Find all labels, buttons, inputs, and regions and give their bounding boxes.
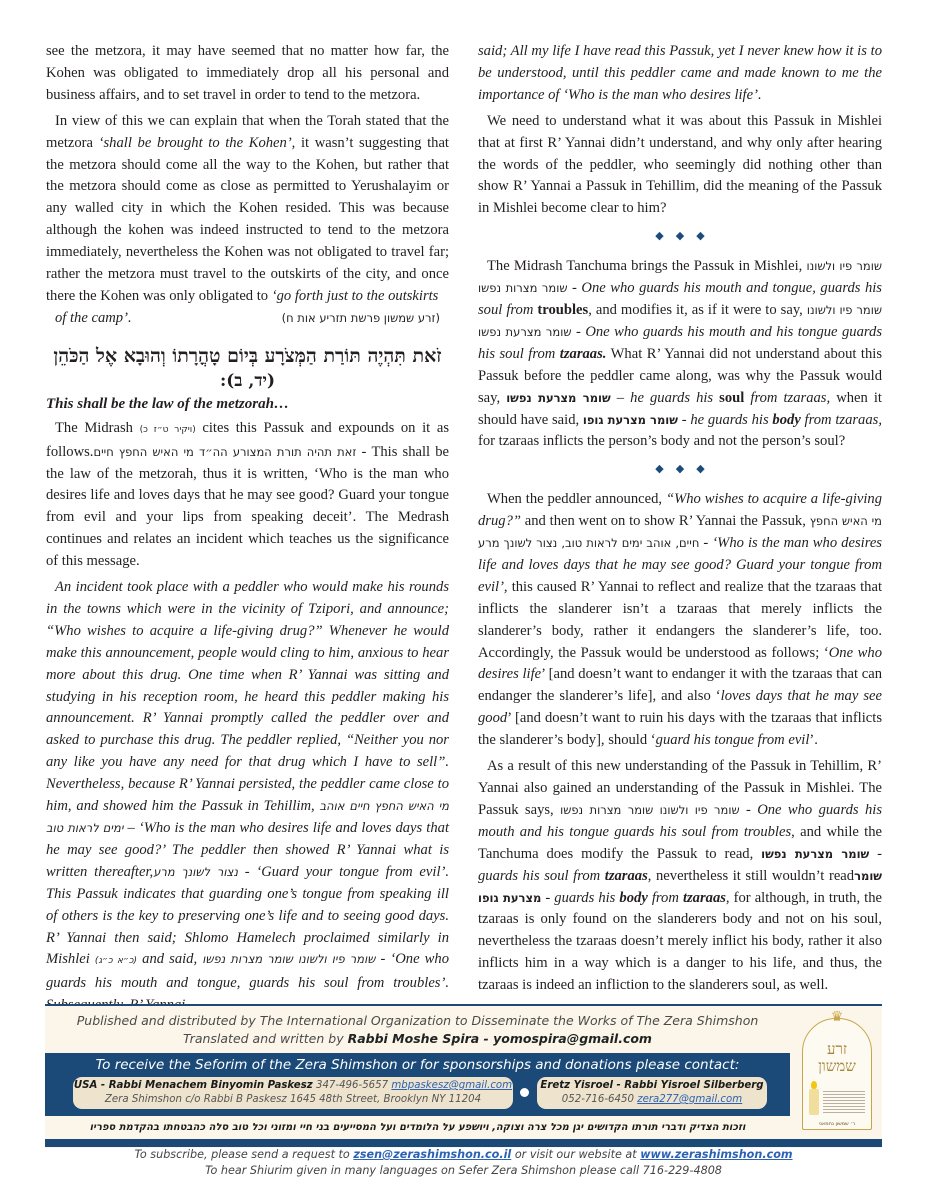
section-divider: ◆◆◆: [478, 459, 882, 481]
quote: ‘shall be brought to the Kohen’,: [99, 135, 296, 151]
paragraph: An incident took place with a peddler wh…: [46, 577, 449, 1017]
translator-line: Translated and written by Rabbi Moshe Sp…: [45, 1030, 790, 1048]
text: and then went on to show R’ Yannai the P…: [521, 513, 810, 529]
paragraph: We need to understand what it was about …: [478, 111, 882, 221]
israel-contact: Eretz Yisroel - Rabbi Yisroel Silberberg…: [537, 1077, 767, 1109]
paragraph: When the peddler announced, “Who wishes …: [478, 489, 882, 752]
quote: guards his: [554, 890, 619, 906]
text: ’.: [809, 732, 818, 748]
right-column: said; All my life I have read this Passu…: [478, 41, 882, 1029]
section-divider: ◆◆◆: [478, 226, 882, 248]
hebrew-quote: שומר פיו ולשונו שומר מצרות נפשו: [202, 952, 375, 966]
usa-contact: USA - Rabbi Menachem Binyomin Paskesz 34…: [73, 1077, 513, 1109]
citation-row: of the camp’. (זרע שמשון פרשת תזריע אות …: [46, 308, 449, 330]
text: -: [699, 535, 712, 551]
hebrew-quote: שומר מצרעת גופו: [583, 413, 678, 427]
crown-icon: ♛: [803, 1011, 871, 1025]
quote: – he guards his: [611, 390, 719, 406]
quote: - he guards his: [678, 412, 772, 428]
contact-address: Zera Shimshon c/o Rabbi B Paskesz 1645 4…: [73, 1093, 513, 1107]
emphasis: tzaraas: [683, 890, 726, 906]
publisher-info: Published and distributed by The Interna…: [45, 1012, 790, 1048]
emphasis: body: [772, 412, 800, 428]
hebrew-quote: נצור לשונך מרע: [153, 865, 238, 879]
contact-box: To receive the Seforim of the Zera Shims…: [45, 1053, 790, 1116]
usa-email-link[interactable]: mbpaskesz@gmail.com: [391, 1080, 512, 1091]
hebrew-quote: שומר מצרעת נפשו: [506, 391, 610, 405]
emphasis: tzaraas: [605, 868, 648, 884]
quote: guards his soul from: [478, 868, 605, 884]
translator-name: Rabbi Moshe Spira - yomospira@gmail.com: [348, 1031, 652, 1046]
text: The Midrash Tanchuma brings the Passuk i…: [487, 258, 806, 274]
contact-name: Eretz Yisroel - Rabbi Yisroel Silberberg: [537, 1079, 767, 1093]
source-citation: (כ״א כ״ג): [95, 956, 137, 966]
text: for tzaraas inflicts the person’s body a…: [478, 433, 845, 449]
quote: guard his tongue from evil: [656, 732, 810, 748]
text: Translated and written by: [183, 1031, 348, 1046]
hebrew-quote: שומר מצרעת נפשו: [761, 847, 869, 861]
contact-phone: 347-496-5657: [313, 1080, 392, 1091]
contact-phone: 052-716-6450: [562, 1094, 637, 1105]
pasuk-heading: זֹאת תִּהְיֶה תּוֹרַת הַמְּצֹרָע בְּיוֹם…: [46, 344, 449, 368]
text: When the peddler announced,: [487, 491, 666, 507]
text: and said,: [137, 951, 202, 967]
contact-name: USA - Rabbi Menachem Binyomin Paskesz: [74, 1080, 313, 1091]
text: it wasn’t suggesting that the metzora sh…: [46, 135, 449, 304]
hebrew-quote: זאת תהיה תורת המצורע הה״ד מי האיש החפץ ח…: [93, 445, 356, 459]
contact-heading: To receive the Seforim of the Zera Shims…: [45, 1055, 790, 1075]
paragraph: see the metzora, it may have seemed that…: [46, 41, 449, 107]
quote: from tzaraas,: [801, 412, 882, 428]
candle-icon: [809, 1089, 819, 1115]
paragraph: As a result of this new understanding of…: [478, 756, 882, 997]
website-link[interactable]: www.zerashimshon.com: [640, 1148, 792, 1161]
logo-title: זרע שמשון: [803, 1041, 871, 1075]
source-citation: (ויקיר ט״ז כ): [140, 425, 196, 435]
emphasis: tzaraas.: [560, 346, 607, 362]
subscribe-line: To subscribe, please send a request to z…: [0, 1147, 927, 1163]
pasuk-translation: This shall be the law of the metzorah…: [46, 394, 449, 416]
text: -: [869, 846, 882, 862]
hebrew-quote: שומר פיו ולשונו שומר מצרות נפשו: [560, 803, 740, 817]
text: An incident took place with a peddler wh…: [46, 579, 449, 814]
text-lines: [823, 1089, 865, 1113]
quote: of the camp’.: [46, 308, 132, 330]
paragraph: In view of this we can explain that when…: [46, 111, 449, 330]
quote: ‘go forth just to the outskirts: [272, 288, 439, 304]
subscribe-email-link[interactable]: zsen@zerashimshon.co.il: [353, 1148, 511, 1161]
emphasis: body: [619, 890, 647, 906]
quote: from: [648, 890, 683, 906]
logo-title-line: זרע: [803, 1041, 871, 1058]
bottom-bar: [45, 1139, 882, 1147]
text: -: [541, 890, 554, 906]
footer-banner: Published and distributed by The Interna…: [45, 1004, 882, 1148]
dot-icon: [520, 1088, 529, 1097]
zera-shimshon-logo: ♛ זרע שמשון ר׳ שמשון נחמאני: [802, 1018, 872, 1130]
text: To subscribe, please send a request to: [134, 1148, 353, 1161]
israel-email-link[interactable]: zera277@gmail.com: [637, 1094, 742, 1105]
published-line: Published and distributed by The Interna…: [45, 1012, 790, 1030]
left-column: see the metzora, it may have seemed that…: [46, 41, 449, 1021]
paragraph: said; All my life I have read this Passu…: [478, 41, 882, 107]
paragraph: The Midrash Tanchuma brings the Passuk i…: [478, 256, 882, 453]
shiurim-line: To hear Shiurim given in many languages …: [0, 1163, 927, 1179]
emphasis: soul: [719, 390, 744, 406]
text: , nevertheless it still wouldn’t read: [648, 868, 854, 884]
text: -: [740, 802, 758, 818]
text: or visit our website at: [511, 1148, 640, 1161]
paragraph: The Midrash (ויקיר ט״ז כ) cites this Pas…: [46, 418, 449, 573]
text: - This shall be the law of the metzorah,…: [46, 444, 449, 570]
text: The Midrash: [55, 420, 140, 436]
text: this caused R’ Yannai to reflect and rea…: [478, 579, 882, 661]
dedication: וזכות הצדיק ודברי תורתו הקדושים יגן מכל …: [45, 1122, 790, 1133]
logo-title-line: שמשון: [803, 1058, 871, 1075]
pasuk-reference: (יד, ב):: [46, 370, 449, 392]
text: , and modifies it, as if it were to say,: [588, 302, 807, 318]
emphasis: troubles: [537, 302, 588, 318]
quote: from tzaraas,: [744, 390, 830, 406]
flame-icon: [811, 1081, 817, 1089]
logo-footer: ר׳ שמשון נחמאני: [803, 1121, 871, 1127]
subscribe-info: To subscribe, please send a request to z…: [0, 1147, 927, 1179]
source-citation: (זרע שמשון פרשת תזריע אות ח): [282, 308, 449, 330]
